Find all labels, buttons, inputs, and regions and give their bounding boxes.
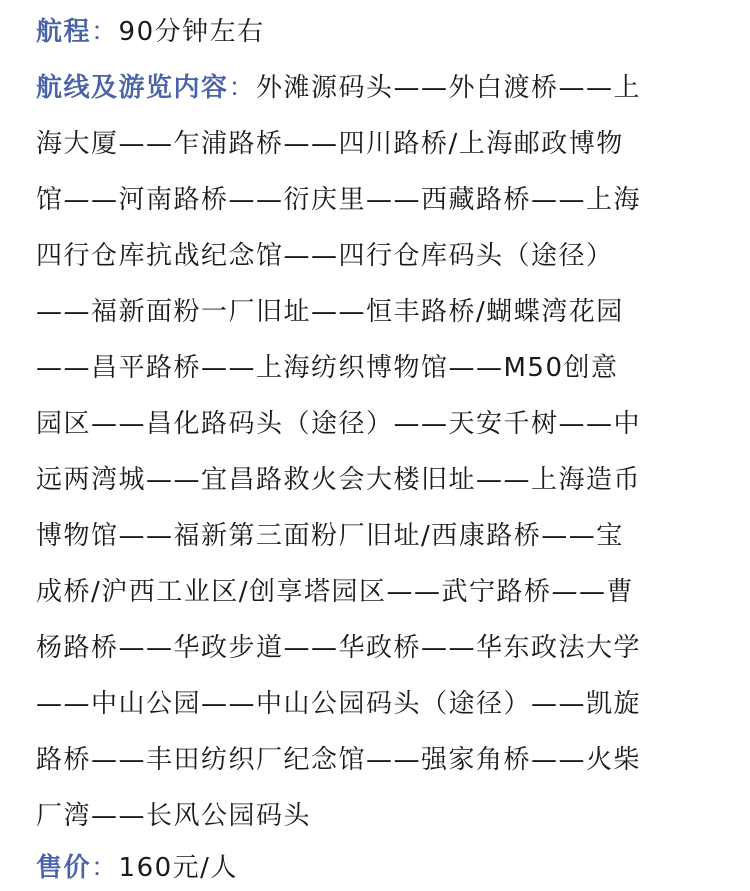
route-line: 远两湾城——宜昌路救火会大楼旧址——上海造币: [36, 464, 641, 496]
duration-sep: ：: [91, 17, 119, 47]
price-row: 售价：160元/人: [36, 852, 238, 884]
route-line: 四行仓库抗战纪念馆——四行仓库码头（途径）: [36, 240, 614, 272]
route-line: 园区——昌化路码头（途径）——天安千树——中: [36, 408, 641, 440]
duration-row: 航程：90分钟左右: [36, 16, 265, 48]
route-line: 海大厦——乍浦路桥——四川路桥/上海邮政博物: [36, 128, 624, 160]
route-row-0: 航线及游览内容：外滩源码头——外白渡桥——上: [36, 72, 641, 104]
route-line: 馆——河南路桥——衍庆里——西藏路桥——上海: [36, 184, 641, 216]
price-value: 160元/人: [119, 853, 238, 883]
route-line: ——福新面粉一厂旧址——恒丰路桥/蝴蝶湾花园: [36, 296, 624, 328]
route-line: 厂湾——长风公园码头: [36, 800, 311, 832]
route-line: ——中山公园——中山公园码头（途径）——凯旋: [36, 688, 641, 720]
route-line: ——昌平路桥——上海纺织博物馆——M50创意: [36, 352, 619, 384]
route-sep: ：: [229, 73, 257, 103]
route-line: 外滩源码头——外白渡桥——上: [256, 73, 641, 103]
route-line: 杨路桥——华政步道——华政桥——华东政法大学: [36, 632, 641, 664]
price-label: 售价: [36, 853, 91, 883]
route-label: 航线及游览内容: [36, 73, 229, 103]
route-line: 成桥/沪西工业区/创享塔园区——武宁路桥——曹: [36, 576, 634, 608]
price-sep: ：: [91, 853, 119, 883]
duration-value: 90分钟左右: [119, 17, 265, 47]
route-line: 路桥——丰田纺织厂纪念馆——强家角桥——火柴: [36, 744, 641, 776]
duration-label: 航程: [36, 17, 91, 47]
route-line: 博物馆——福新第三面粉厂旧址/西康路桥——宝: [36, 520, 624, 552]
